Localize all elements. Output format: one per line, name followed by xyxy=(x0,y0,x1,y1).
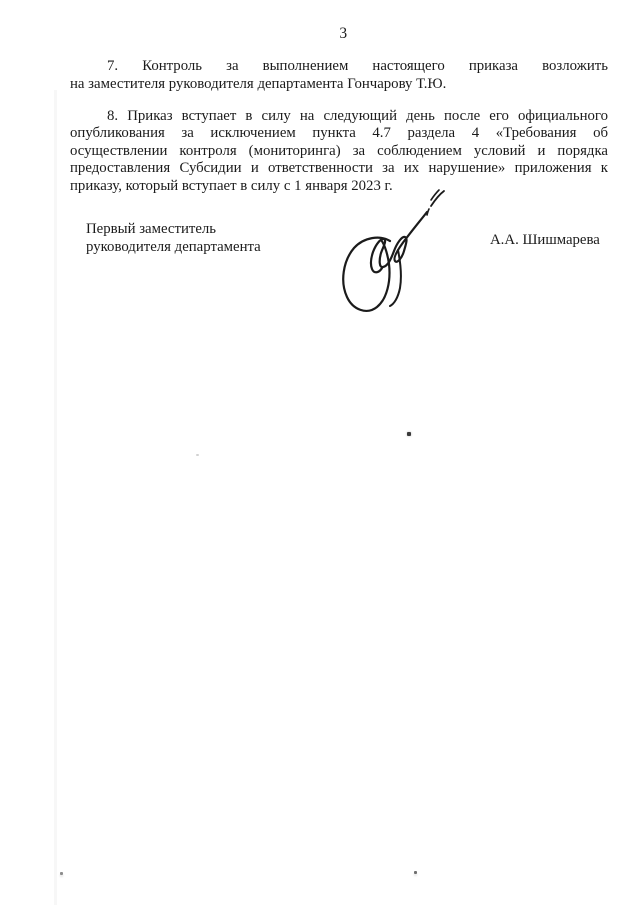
paragraph-8-line-2: опубликования за исключением пункта 4.7 … xyxy=(70,125,608,143)
signer-position-title: Первый заместитель руководителя департам… xyxy=(86,221,261,256)
paragraph-8-line-1: 8. Приказ вступает в силу на следующий д… xyxy=(70,108,608,126)
scan-speck xyxy=(60,872,63,875)
paragraph-8-line-4: предоставления Субсидии и ответственност… xyxy=(70,160,608,178)
paragraph-8-line-3: осуществлении контроля (мониторинга) за … xyxy=(70,143,608,161)
handwritten-signature-icon xyxy=(336,184,448,316)
signer-position-line-2: руководителя департамента xyxy=(86,239,261,257)
signer-name: А.А. Шишмарева xyxy=(490,232,620,250)
scan-speck xyxy=(407,432,411,436)
document-page: 3 7. Контроль за выполнением настоящего … xyxy=(0,0,639,905)
scan-speck xyxy=(414,871,417,874)
scan-streak xyxy=(54,90,57,905)
paragraph-7-line-2: на заместителя руководителя департамента… xyxy=(70,76,608,94)
page-number: 3 xyxy=(0,25,639,43)
scan-speck xyxy=(196,454,199,456)
paragraph-7-line-1: 7. Контроль за выполнением настоящего пр… xyxy=(70,58,608,76)
signer-position-line-1: Первый заместитель xyxy=(86,221,261,239)
